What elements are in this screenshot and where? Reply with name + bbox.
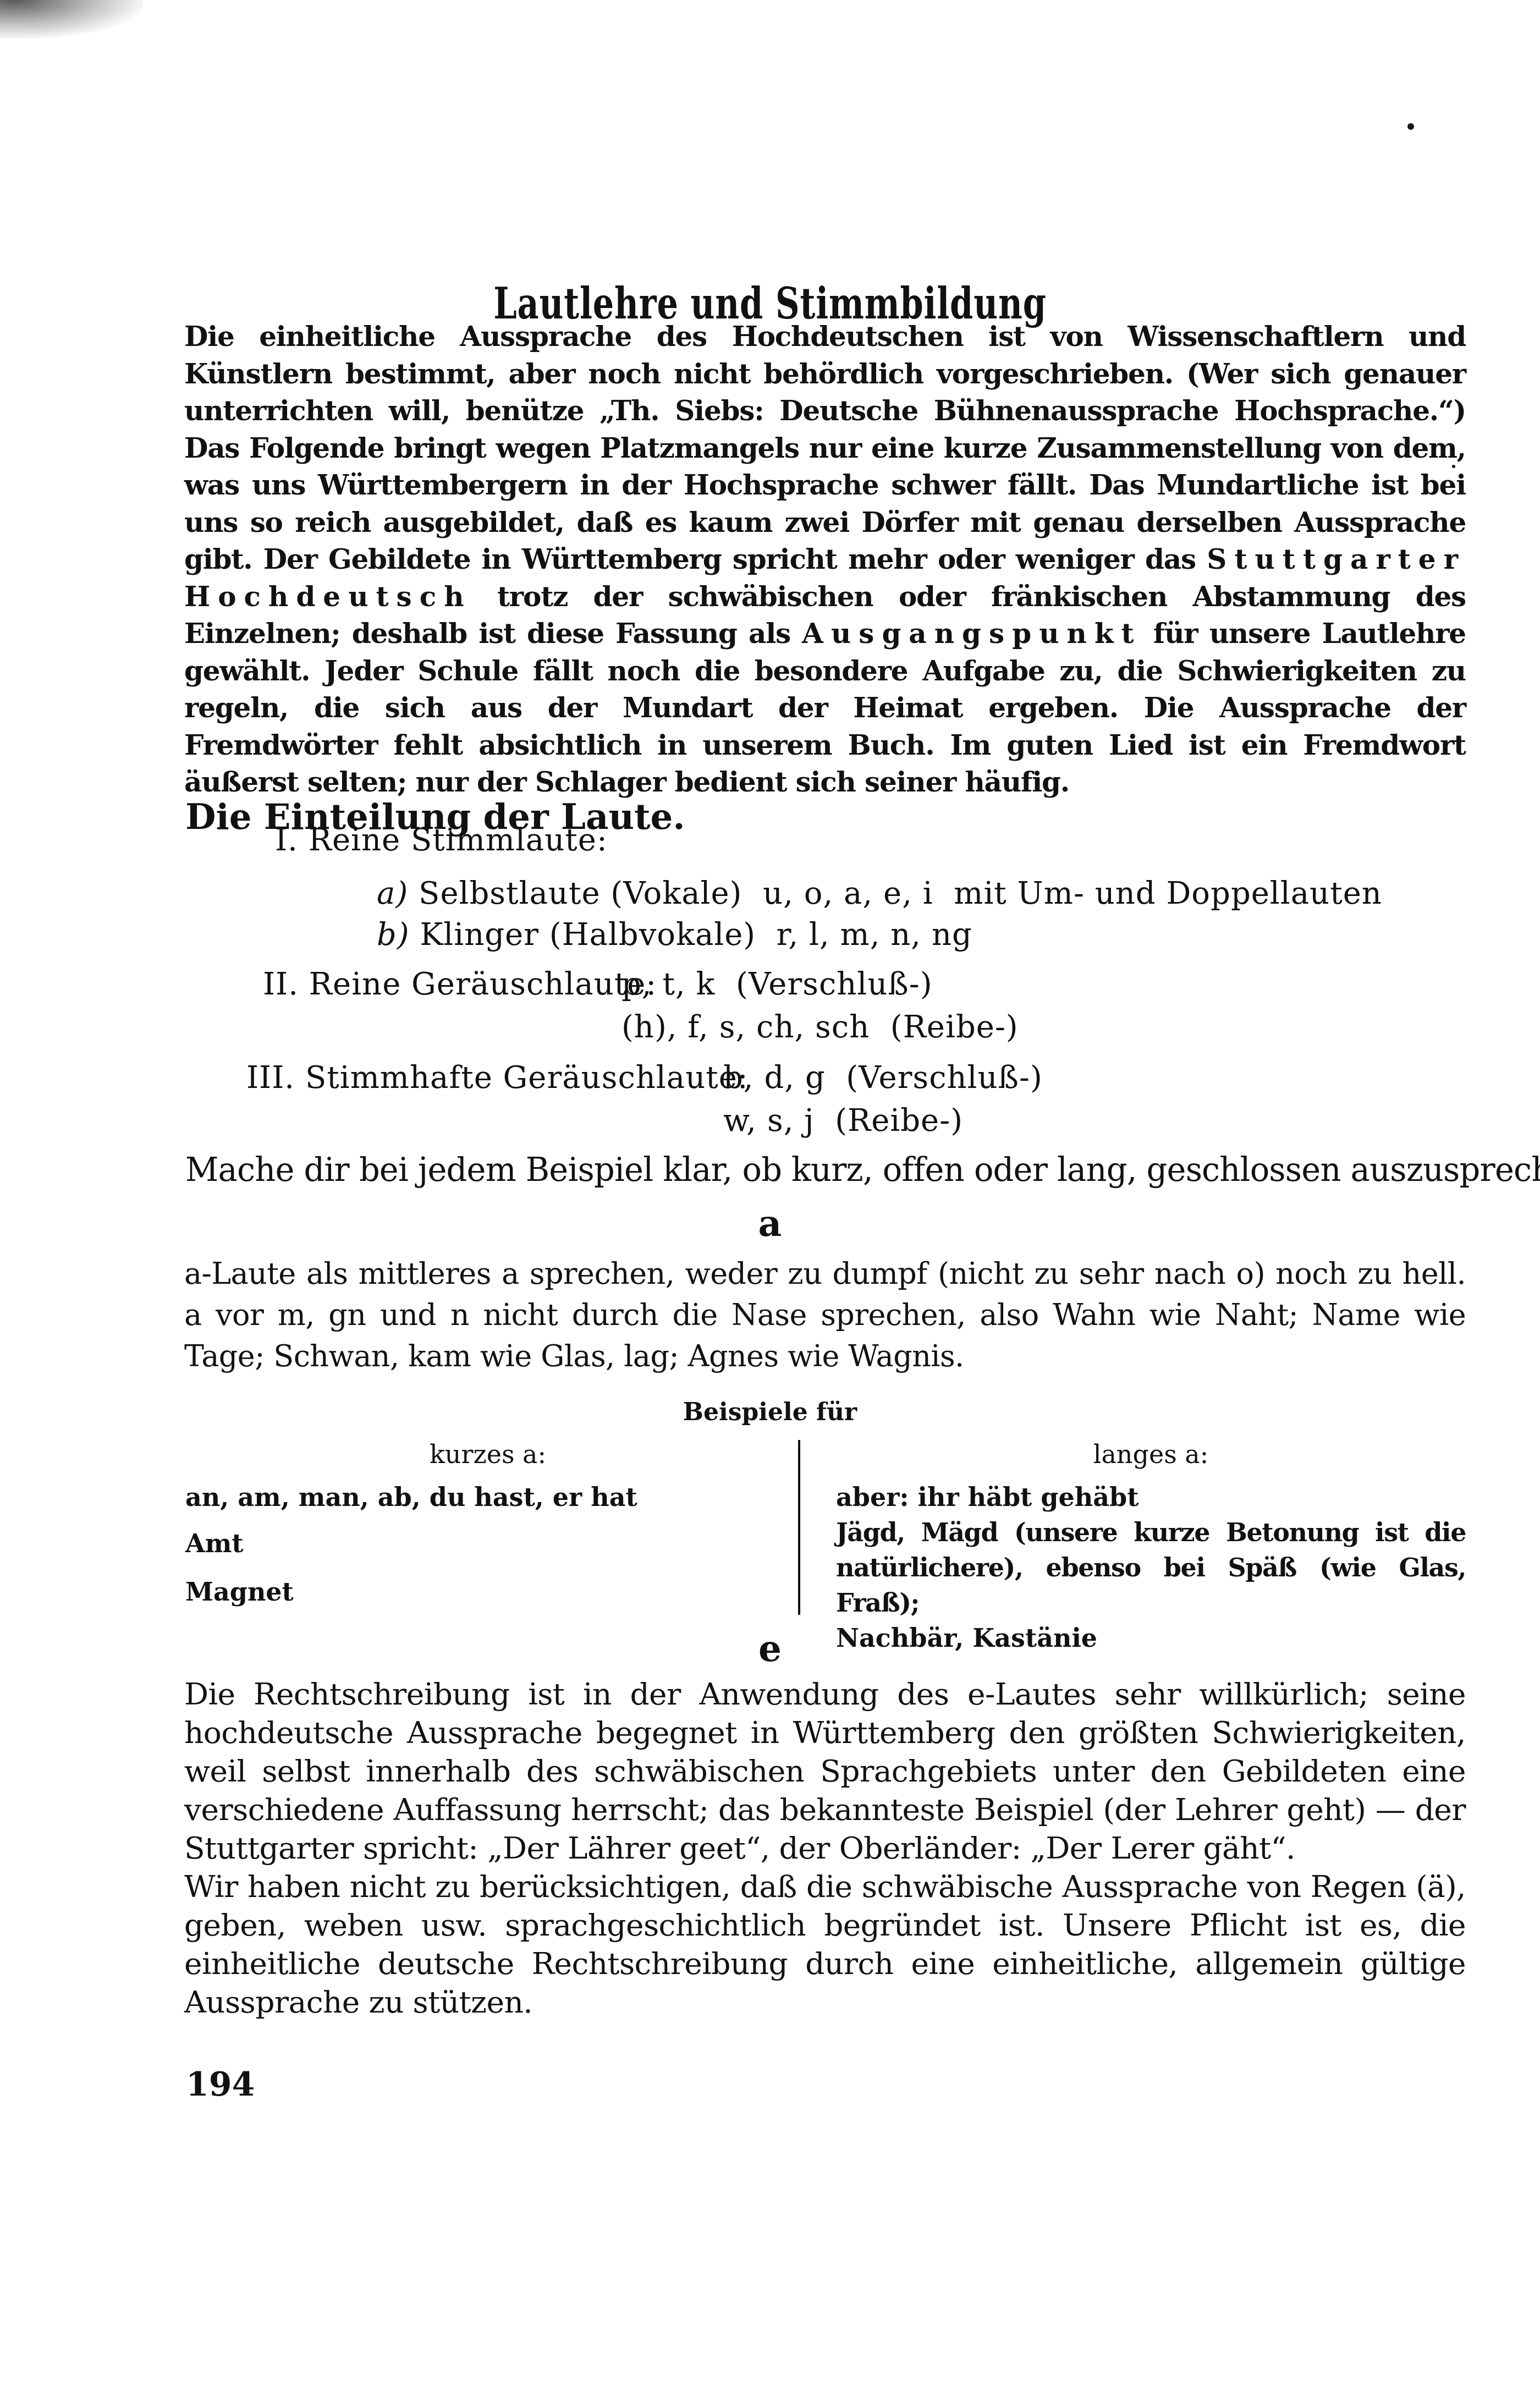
page-number: 194 [186,2065,255,2104]
short-a-row: Amt [185,1526,790,1574]
item-sounds: r, l, m, n, ng [777,917,972,953]
examples-column-divider [798,1440,800,1615]
section-e-heading: e [0,1627,1540,1670]
short-a-column: kurzes a: an, am, man, ab, du hast, er h… [185,1437,790,1609]
group-1-label: I. Reine Stimmlaute: [275,822,608,858]
scan-edge-shadow [0,0,143,39]
item-name: Selbstlaute (Vokale) [419,876,742,911]
sounds: (h), f, s, ch, sch [621,1009,870,1045]
group-3-row-2: w, s, j (Reibe-) [723,1103,963,1139]
item-marker: b) [377,917,410,953]
section-e-paragraph-2: Wir haben nicht zu berücksichtigen, daß … [184,1867,1466,2021]
intro-text: Die einheitliche Aussprache des Hochdeut… [184,320,1466,575]
item-marker: a) [377,876,408,911]
sounds: p, t, k [621,966,716,1002]
short-a-row: Magnet [185,1574,790,1609]
intro-emphasis-ausgangspunkt: Ausgangspunkt [802,617,1142,650]
group-2-label: II. Reine Geräuschlaute: [263,966,657,1002]
section-a-paragraph: a-Laute als mittleres a sprechen, weder … [184,1253,1466,1377]
group-1-item-b: b) Klinger (Halbvokale) r, l, m, n, ng [377,917,972,953]
sound-type: (Reibe-) [835,1103,963,1139]
pronunciation-rule: Mache dir bei jedem Beispiel klar, ob ku… [185,1151,1467,1189]
group-1-item-a: a) Selbstlaute (Vokale) u, o, a, e, i mi… [377,876,1382,911]
item-name: Klinger (Halbvokale) [420,917,756,953]
group-3-row-1: b, d, g (Verschluß-) [723,1060,1043,1096]
item-sounds: u, o, a, e, i [763,876,933,911]
sounds: w, s, j [723,1103,815,1139]
sounds: b, d, g [723,1060,826,1096]
long-a-row: Jägd, Mägd (unsere kurze Betonung ist di… [836,1515,1466,1620]
item-note: mit Um- und Doppellauten [954,876,1382,911]
sound-type: (Verschluß-) [846,1060,1042,1096]
section-a-heading: a [0,1202,1540,1245]
section-e-paragraph-1: Die Rechtschreibung ist in der Anwendung… [184,1675,1466,1867]
group-3-label: III. Stimmhafte Geräuschlaute: [246,1060,749,1096]
group-2-row-2: (h), f, s, ch, sch (Reibe-) [621,1009,1019,1045]
short-a-header: kurzes a: [185,1437,790,1472]
long-a-header: langes a: [836,1437,1466,1472]
sound-type: (Verschluß-) [736,966,932,1002]
short-a-row: an, am, man, ab, du hast, er hat [185,1480,790,1526]
intro-paragraph: Die einheitliche Aussprache des Hochdeut… [184,318,1466,801]
sound-type: (Reibe-) [890,1009,1019,1045]
group-2-row-1: p, t, k (Verschluß-) [621,966,933,1002]
long-a-column: langes a: aber: ihr häbt gehäbt Jägd, Mä… [836,1437,1466,1656]
long-a-row: aber: ihr häbt gehäbt [836,1480,1466,1515]
scan-speck [1407,123,1414,130]
examples-caption: Beispiele für [0,1398,1540,1426]
